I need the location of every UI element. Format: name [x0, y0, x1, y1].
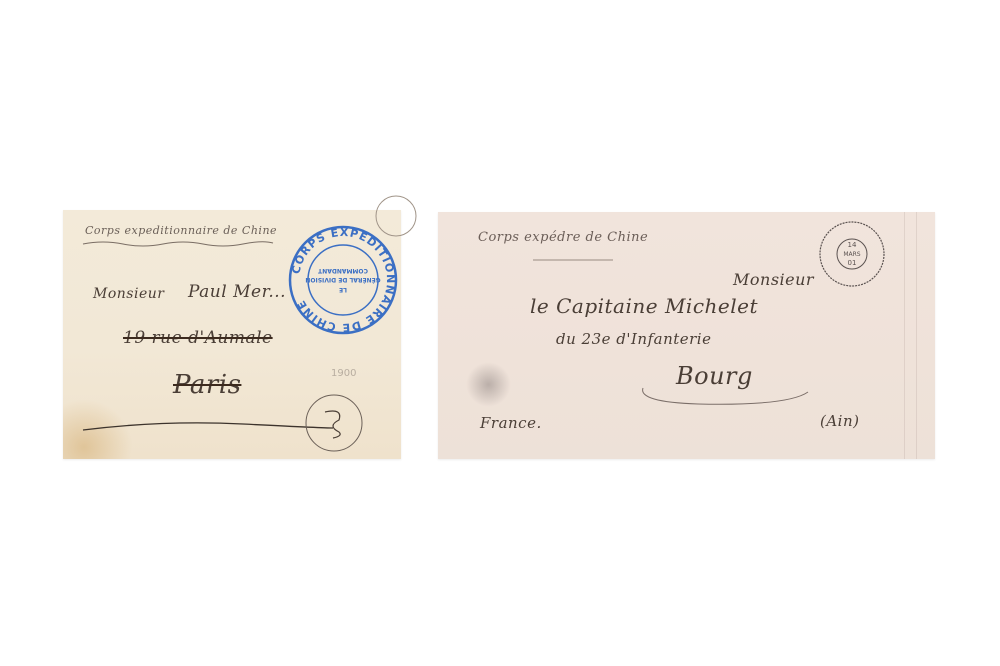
svg-text:01: 01: [848, 259, 857, 267]
envelope-left: Corps expeditionnaire de Chine Monsieur …: [63, 210, 401, 459]
address-city: Paris: [173, 370, 241, 400]
postmark-circle: [303, 392, 365, 454]
underline-wave: [83, 240, 273, 248]
svg-text:LE: LE: [339, 286, 347, 293]
address-salutation: Monsieur: [733, 270, 814, 289]
envelope-right: Corps expédre de Chine Monsieur le Capit…: [438, 212, 935, 459]
address-unit: du 23e d'Infanterie: [556, 330, 711, 348]
date-postmark: 14 MARS 01: [818, 220, 886, 288]
svg-text:MARS: MARS: [843, 251, 860, 258]
postmark-partial: [368, 202, 408, 232]
address-salutation: Monsieur: [93, 286, 164, 302]
pencil-note: 1900: [331, 368, 356, 379]
address-country: France.: [480, 414, 542, 432]
fold-line: [916, 212, 917, 459]
header-note: Corps expédre de Chine: [478, 230, 648, 245]
address-name: le Capitaine Michelet: [530, 294, 758, 318]
header-note: Corps expeditionnaire de Chine: [85, 224, 277, 237]
address-street: 19 rue d'Aumale: [123, 328, 273, 348]
svg-text:COMMANDANT: COMMANDANT: [317, 267, 368, 274]
flourish-line: [83, 418, 333, 438]
svg-text:14: 14: [848, 241, 857, 249]
fold-line: [904, 212, 905, 459]
blue-cachet: CORPS EXPEDITIONNAIRE DE CHINE LE GÉNÉRA…: [287, 224, 399, 336]
address-department: (Ain): [820, 412, 860, 430]
underline: [533, 258, 613, 262]
svg-text:GÉNÉRAL DE DIVISION: GÉNÉRAL DE DIVISION: [305, 276, 380, 284]
address-name: Paul Mer...: [188, 282, 286, 302]
city-flourish: [638, 380, 818, 410]
smudge-mark: [466, 362, 511, 407]
